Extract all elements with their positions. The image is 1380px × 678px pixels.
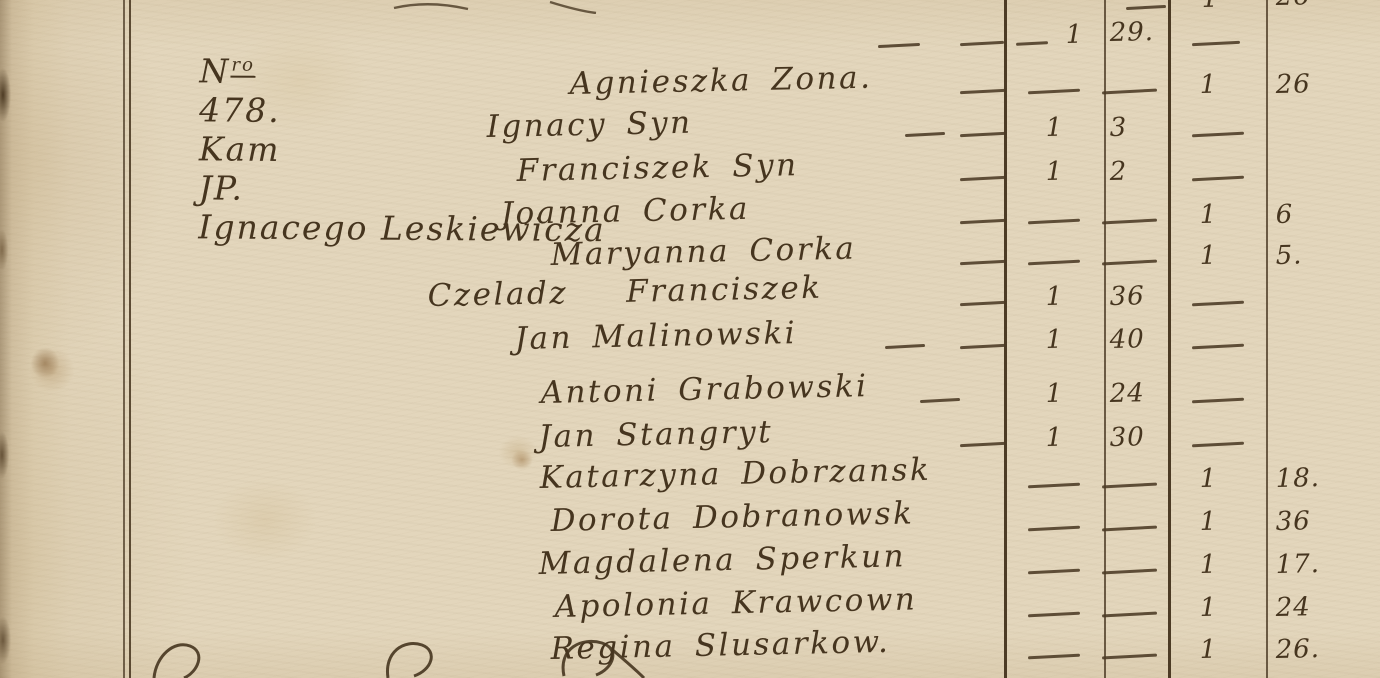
male-count-value: 1 <box>1045 423 1063 453</box>
male-count-dash <box>1028 526 1080 531</box>
person-name: Agnieszka Zona. <box>569 60 873 102</box>
column-rule-female-count <box>1168 0 1171 678</box>
male-count-dash <box>1028 260 1080 265</box>
person-name: Czeladz Franciszek <box>427 270 823 314</box>
filler-dash <box>885 344 925 349</box>
filler-dash <box>905 132 945 137</box>
male-age-value: 2 <box>1109 157 1127 187</box>
pre-column-dash <box>960 219 1006 224</box>
male-age-value: 40 <box>1109 324 1145 355</box>
male-age-value: 3 <box>1109 113 1127 143</box>
female-age-value: 18. <box>1275 463 1320 494</box>
top-partial-female-age: 26 <box>1275 0 1311 12</box>
pre-column-dash <box>960 260 1006 265</box>
male-count-value: 1 <box>1045 113 1063 143</box>
female-count-dash <box>1192 132 1244 137</box>
male-count-dash <box>1028 569 1080 574</box>
person-name: Antoni Grabowski <box>540 368 869 411</box>
column-rule-female-age <box>1266 0 1268 678</box>
female-age-value: 17. <box>1275 549 1320 580</box>
male-count-value: 1 <box>1045 157 1063 187</box>
female-count-value: 1 <box>1199 241 1217 271</box>
pre-column-dash <box>960 89 1006 94</box>
female-age-value: 26 <box>1275 69 1311 100</box>
female-count-dash <box>1192 301 1244 306</box>
person-name: Franciszek Syn <box>516 147 799 189</box>
entry-honorific: JP. <box>199 168 245 207</box>
male-count-dash <box>1028 89 1080 94</box>
entry-number: 478. <box>199 90 281 130</box>
female-age-value: 36 <box>1275 506 1311 537</box>
female-age-value: 26. <box>1275 634 1320 665</box>
pre-column-dash <box>960 132 1006 137</box>
header-male-count: 1 <box>1065 20 1083 50</box>
header-male-age: 29. <box>1109 17 1154 48</box>
female-age-value: 5. <box>1275 240 1302 271</box>
male-age-dash <box>1102 569 1157 574</box>
male-age-dash <box>1102 219 1157 224</box>
bottom-ink-flourish <box>140 634 700 678</box>
person-name: Magdalena Sperkun <box>538 538 906 582</box>
male-count-value: 1 <box>1045 325 1063 355</box>
female-count-value: 1 <box>1199 635 1217 665</box>
header-pre-dash <box>960 41 1004 46</box>
person-name: Ignacy Syn <box>486 105 693 145</box>
header-fc-dash <box>1192 41 1240 46</box>
male-count-dash <box>1028 654 1080 659</box>
pre-column-dash <box>960 442 1006 447</box>
top-ink-flourish <box>390 0 610 14</box>
column-rule-male-count <box>1004 0 1007 678</box>
male-age-dash <box>1102 483 1157 488</box>
male-count-value: 1 <box>1045 379 1063 409</box>
person-name: Joanna Corka <box>500 191 750 232</box>
pre-column-dash <box>960 176 1006 181</box>
female-count-value: 1 <box>1199 464 1217 494</box>
header-filler-dash <box>878 43 920 48</box>
male-count-dash <box>1028 219 1080 224</box>
female-count-value: 1 <box>1199 507 1217 537</box>
male-age-dash <box>1102 89 1157 94</box>
male-age-dash <box>1102 260 1157 265</box>
person-name: Apolonia Krawcown <box>554 581 917 625</box>
female-count-value: 1 <box>1199 200 1217 230</box>
margin-rule-outer <box>123 0 125 678</box>
pre-column-dash <box>960 344 1006 349</box>
filler-dash <box>920 398 960 403</box>
male-age-dash <box>1102 612 1157 617</box>
entry-kam-label: Kam <box>199 129 281 169</box>
column-rule-male-age <box>1104 0 1106 678</box>
entry-number-superscript: ro <box>230 55 256 78</box>
female-count-dash <box>1192 398 1244 403</box>
entry-header: Nro 478. Kam JP. Ignacego Leskiewicza <box>148 12 607 288</box>
top-partial-female-count: 1 <box>1201 0 1219 14</box>
entry-number-prefix: Nro <box>199 51 256 90</box>
male-age-dash <box>1102 526 1157 531</box>
register-page-scan: Nro 478. Kam JP. Ignacego Leskiewicza 1 … <box>0 0 1380 678</box>
male-age-value: 30 <box>1109 422 1145 453</box>
female-count-value: 1 <box>1199 550 1217 580</box>
female-age-value: 6 <box>1275 200 1293 230</box>
female-count-dash <box>1192 344 1244 349</box>
male-age-value: 24 <box>1109 378 1145 409</box>
person-name: Dorota Dobranowsk <box>550 495 915 539</box>
person-name: Jan Malinowski <box>514 315 797 357</box>
male-age-value: 36 <box>1109 281 1145 312</box>
male-count-dash <box>1028 612 1080 617</box>
person-name: Jan Stangryt <box>538 414 773 455</box>
female-count-value: 1 <box>1199 593 1217 623</box>
pre-column-dash <box>960 301 1006 306</box>
female-age-value: 24 <box>1275 592 1311 623</box>
person-name: Katarzyna Dobrzansk <box>539 452 931 496</box>
male-count-value: 1 <box>1045 282 1063 312</box>
header-mc-dash <box>1016 41 1048 45</box>
female-count-dash <box>1192 176 1244 181</box>
top-partial-dash <box>1126 5 1166 10</box>
female-count-value: 1 <box>1199 70 1217 100</box>
margin-rule-inner <box>129 0 131 678</box>
person-name: Maryanna Corka <box>550 231 856 273</box>
male-count-dash <box>1028 483 1080 488</box>
female-count-dash <box>1192 442 1244 447</box>
male-age-dash <box>1102 654 1157 659</box>
